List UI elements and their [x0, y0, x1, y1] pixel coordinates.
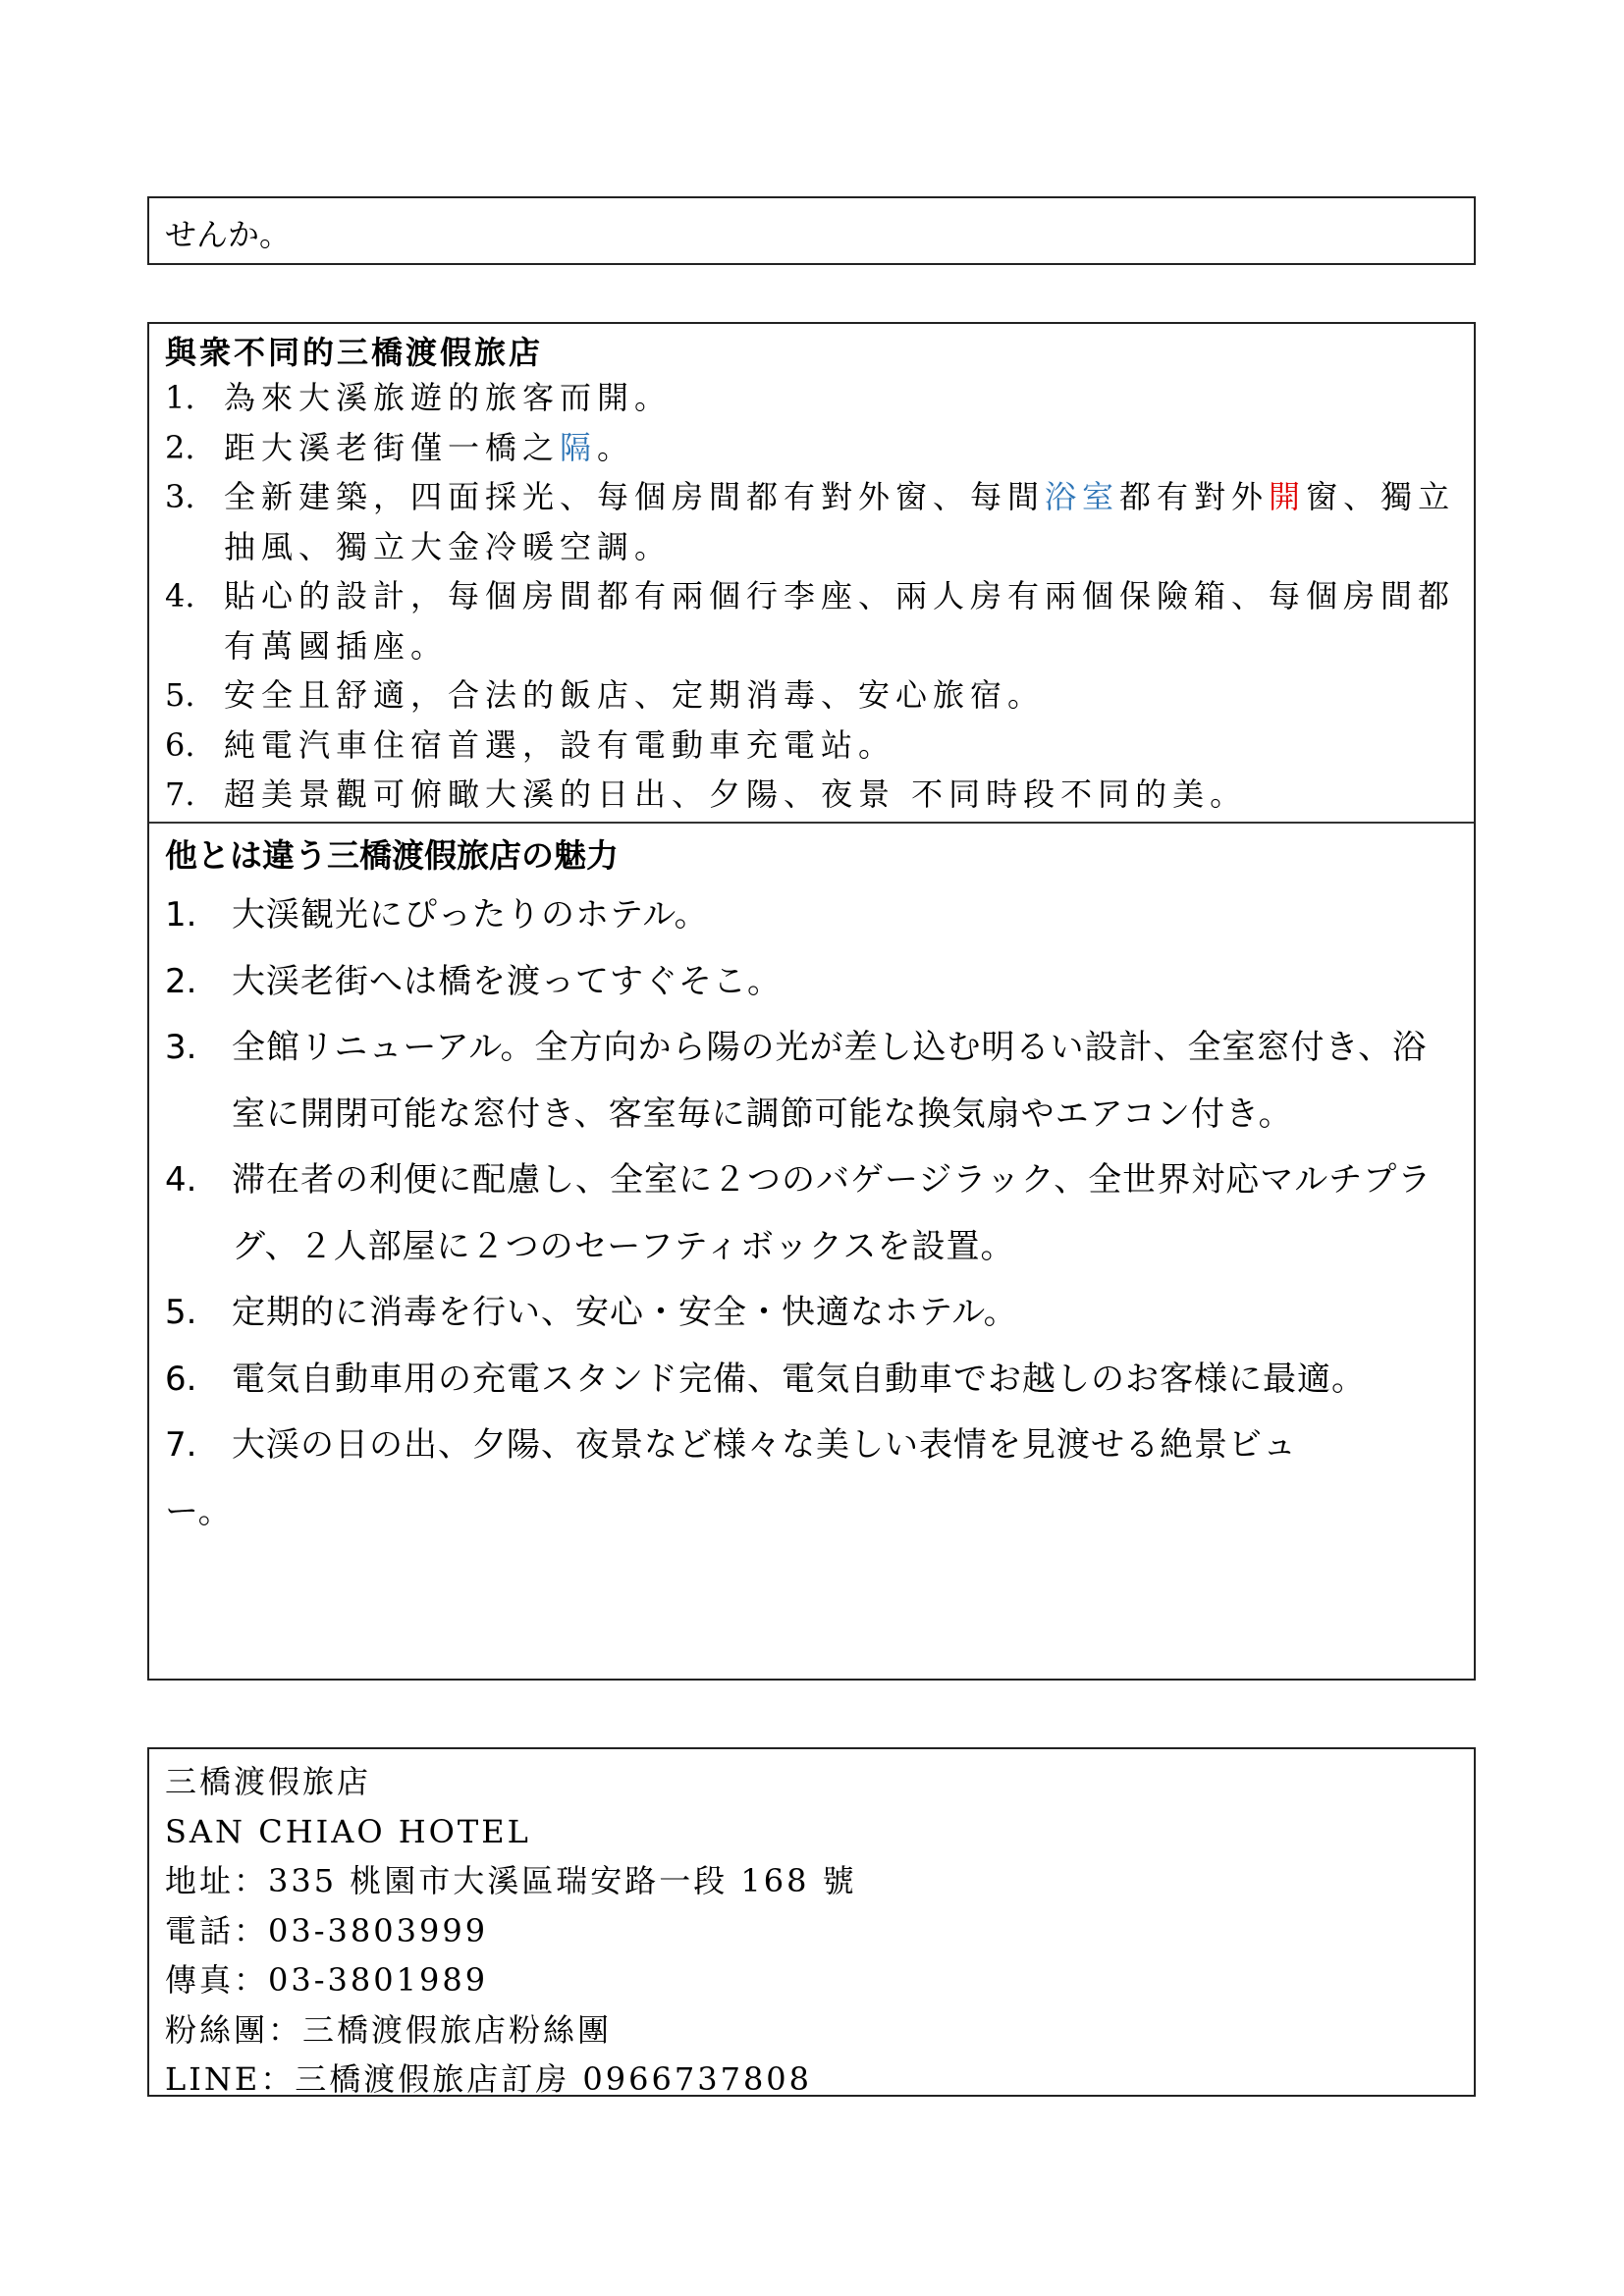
- list-item: 2. 大渓老街へは橋を渡ってすぐそこ。: [165, 949, 1458, 1016]
- item-number: 5.: [165, 1280, 232, 1347]
- hotel-line-contact: LINE：三橋渡假旅店訂房 0966737808: [165, 2055, 1458, 2105]
- highlight-red: 開: [1269, 478, 1306, 515]
- hotel-phone: 電話：03-3803999: [165, 1906, 1458, 1956]
- item-number: 2.: [165, 949, 232, 1016]
- item-number: 5.: [165, 670, 224, 721]
- item-text: 距大溪老街僅一橋之隔。: [224, 423, 1458, 473]
- item-number: 4.: [165, 1148, 232, 1280]
- list-item: 6. 電気自動車用の充電スタンド完備、電気自動車でお越しのお客様に最適。: [165, 1347, 1458, 1414]
- continuation-text: せんか。: [165, 210, 291, 255]
- chinese-features-title: 與衆不同的三橋渡假旅店: [165, 332, 1458, 373]
- list-item: 6. 純電汽車住宿首選，設有電動車充電站。: [165, 721, 1458, 771]
- list-item: 2. 距大溪老街僅一橋之隔。: [165, 423, 1458, 473]
- item-number: 1.: [165, 373, 224, 423]
- item-text-overflow: ー。: [165, 1479, 1458, 1546]
- item-text: 貼心的設計，每個房間都有兩個行李座、兩人房有兩個保險箱、每個房間都有萬國插座。: [224, 571, 1458, 670]
- item-number: 7.: [165, 770, 224, 820]
- list-item: 7. 超美景觀可俯瞰大溪的日出、夕陽、夜景 不同時段不同的美。: [165, 770, 1458, 820]
- item-text: 大渓老街へは橋を渡ってすぐそこ。: [232, 949, 1458, 1016]
- item-number: 3.: [165, 472, 224, 571]
- list-item: 3. 全館リニューアル。全方向から陽の光が差し込む明るい設計、全室窓付き、浴室に…: [165, 1015, 1458, 1148]
- chinese-features-list: 1. 為來大溪旅遊的旅客而開。 2. 距大溪老街僅一橋之隔。 3. 全新建築，四…: [165, 373, 1458, 820]
- item-text: 全館リニューアル。全方向から陽の光が差し込む明るい設計、全室窓付き、浴室に開閉可…: [232, 1015, 1458, 1148]
- item-text: 定期的に消毒を行い、安心・安全・快適なホテル。: [232, 1280, 1458, 1347]
- list-item: 5. 定期的に消毒を行い、安心・安全・快適なホテル。: [165, 1280, 1458, 1347]
- item-number: 6.: [165, 721, 224, 771]
- list-item: 1. 大渓観光にぴったりのホテル。: [165, 882, 1458, 949]
- japanese-features-title: 他とは違う三橋渡假旅店の魅力: [165, 829, 1458, 882]
- item-number: 6.: [165, 1347, 232, 1414]
- item-number: 7.: [165, 1413, 232, 1479]
- contact-box: 三橋渡假旅店 SAN CHIAO HOTEL 地址：335 桃園市大溪區瑞安路一…: [147, 1747, 1476, 2097]
- item-text: 全新建築，四面採光、每個房間都有對外窗、每間浴室都有對外開窗、獨立抽風、獨立大金…: [224, 472, 1458, 571]
- list-item: 1. 為來大溪旅遊的旅客而開。: [165, 373, 1458, 423]
- list-item: 3. 全新建築，四面採光、每個房間都有對外窗、每間浴室都有對外開窗、獨立抽風、獨…: [165, 472, 1458, 571]
- hotel-fax: 傳真：03-3801989: [165, 1955, 1458, 2005]
- item-text: 純電汽車住宿首選，設有電動車充電站。: [224, 721, 1458, 771]
- hotel-name-zh: 三橋渡假旅店: [165, 1757, 1458, 1807]
- list-item: 4. 貼心的設計，每個房間都有兩個行李座、兩人房有兩個保險箱、每個房間都有萬國插…: [165, 571, 1458, 670]
- features-box: 與衆不同的三橋渡假旅店 1. 為來大溪旅遊的旅客而開。 2. 距大溪老街僅一橋之…: [147, 322, 1476, 1681]
- item-text: 大渓観光にぴったりのホテル。: [232, 882, 1458, 949]
- item-number: 3.: [165, 1015, 232, 1148]
- list-item: 7. 大渓の日の出、夕陽、夜景など様々な美しい表情を見渡せる絶景ビュ: [165, 1413, 1458, 1479]
- highlight-blue: 隔: [560, 429, 597, 466]
- hotel-address: 地址：335 桃園市大溪區瑞安路一段 168 號: [165, 1856, 1458, 1906]
- item-text: 電気自動車用の充電スタンド完備、電気自動車でお越しのお客様に最適。: [232, 1347, 1458, 1414]
- list-item: 5. 安全且舒適，合法的飯店、定期消毒、安心旅宿。: [165, 670, 1458, 721]
- list-item-overflow: ー。: [165, 1479, 1458, 1546]
- item-number: 4.: [165, 571, 224, 670]
- highlight-blue: 浴室: [1045, 478, 1119, 515]
- continuation-box: せんか。: [147, 196, 1476, 265]
- item-text: 滞在者の利便に配慮し、全室に２つのバゲージラック、全世界対応マルチプラグ、２人部…: [232, 1148, 1458, 1280]
- hotel-fan-page: 粉絲團：三橋渡假旅店粉絲團: [165, 2005, 1458, 2056]
- item-text: 安全且舒適，合法的飯店、定期消毒、安心旅宿。: [224, 670, 1458, 721]
- list-item: 4. 滞在者の利便に配慮し、全室に２つのバゲージラック、全世界対応マルチプラグ、…: [165, 1148, 1458, 1280]
- hotel-name-en: SAN CHIAO HOTEL: [165, 1807, 1458, 1857]
- item-text: 大渓の日の出、夕陽、夜景など様々な美しい表情を見渡せる絶景ビュ: [232, 1413, 1458, 1479]
- item-text: 為來大溪旅遊的旅客而開。: [224, 373, 1458, 423]
- item-number: 2.: [165, 423, 224, 473]
- japanese-features-section: 他とは違う三橋渡假旅店の魅力 1. 大渓観光にぴったりのホテル。 2. 大渓老街…: [149, 824, 1474, 1545]
- item-number: 1.: [165, 882, 232, 949]
- item-text: 超美景觀可俯瞰大溪的日出、夕陽、夜景 不同時段不同的美。: [224, 770, 1458, 820]
- chinese-features-section: 與衆不同的三橋渡假旅店 1. 為來大溪旅遊的旅客而開。 2. 距大溪老街僅一橋之…: [149, 324, 1474, 824]
